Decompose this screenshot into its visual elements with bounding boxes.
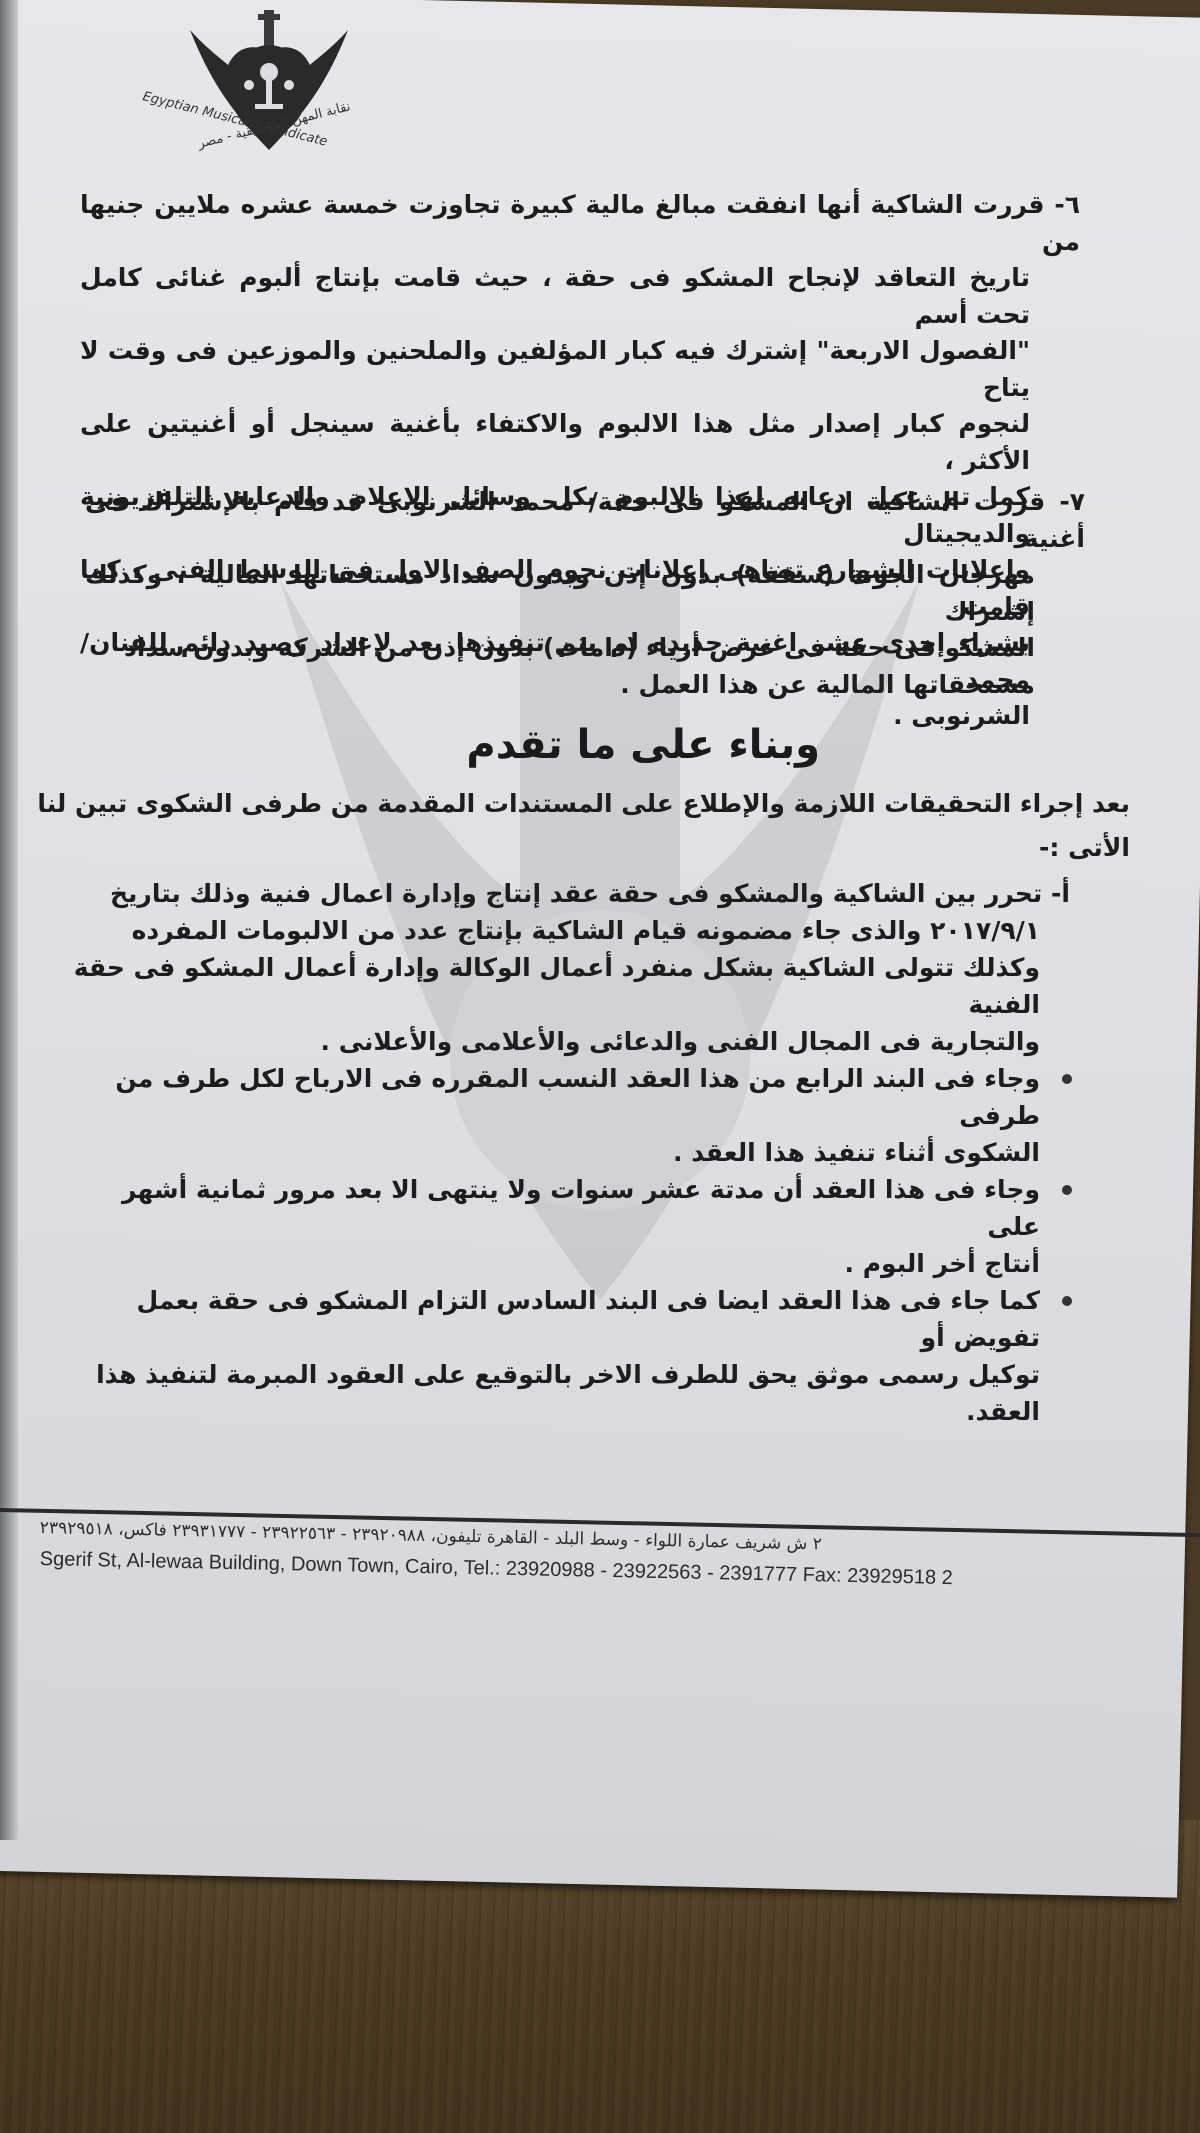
- intro-line: الأتى :-: [30, 826, 1130, 870]
- finding-line: ٢٠١٧/٩/١ والذى جاء مضمونه قيام الشاكية ب…: [70, 912, 1070, 949]
- finding-line: الشكوى أثناء تنفيذ هذا العقد .: [70, 1134, 1040, 1171]
- paragraph-line: ٧- قررت الشاكية ان المشكو فى حقة/ محمد ا…: [85, 484, 1085, 557]
- finding-line: أنتاج أخر البوم .: [70, 1245, 1040, 1282]
- syndicate-logo-icon: [150, 10, 390, 160]
- finding-item-a: أ- تحرر بين الشاكية والمشكو فى حقة عقد إ…: [70, 875, 1070, 1060]
- paragraph-line: لنجوم كبار إصدار مثل هذا الالبوم والاكتف…: [80, 406, 1080, 479]
- paragraph-line: "الفصول الاربعة" إشترك فيه كبار المؤلفين…: [80, 333, 1080, 406]
- finding-line: والتجارية فى المجال الفنى والدعائى والأع…: [70, 1023, 1070, 1060]
- finding-line: توكيل رسمى موثق يحق للطرف الاخر بالتوقيع…: [70, 1356, 1040, 1430]
- finding-item-bullet: وجاء فى البند الرابع من هذا العقد النسب …: [70, 1060, 1070, 1171]
- findings-list: أ- تحرر بين الشاكية والمشكو فى حقة عقد إ…: [70, 875, 1070, 1430]
- finding-line: أ- تحرر بين الشاكية والمشكو فى حقة عقد إ…: [70, 875, 1070, 912]
- finding-item-bullet: كما جاء فى هذا العقد ايضا فى البند الساد…: [70, 1282, 1070, 1430]
- paragraph-line: مستحقاتها المالية عن هذا العمل .: [85, 667, 1085, 704]
- finding-line: وجاء فى البند الرابع من هذا العقد النسب …: [70, 1060, 1040, 1134]
- paragraph-line: ٦- قررت الشاكية أنها انفقت مبالغ مالية ك…: [80, 187, 1080, 260]
- finding-item-bullet: وجاء فى هذا العقد أن مدتة عشر سنوات ولا …: [70, 1171, 1070, 1282]
- bullet-icon: [1062, 1185, 1072, 1195]
- paragraph-line: تاريخ التعاقد لإنجاح المشكو فى حقة ، حيث…: [80, 260, 1080, 333]
- conclusion-heading: وبناء على ما تقدم: [466, 722, 820, 768]
- section-7-paragraph: ٧- قررت الشاكية ان المشكو فى حقة/ محمد ا…: [85, 484, 1085, 703]
- finding-marker: أ-: [1051, 879, 1070, 908]
- finding-line: وكذلك تتولى الشاكية بشكل منفرد أعمال الو…: [70, 949, 1070, 1023]
- finding-line: وجاء فى هذا العقد أن مدتة عشر سنوات ولا …: [70, 1171, 1040, 1245]
- intro-line: بعد إجراء التحقيقات اللازمة والإطلاع على…: [30, 782, 1130, 826]
- bullet-icon: [1062, 1296, 1072, 1306]
- bullet-icon: [1062, 1074, 1072, 1084]
- document-content: نقابة المهن الموسيقية - مصر Egyptian Mus…: [0, 0, 1200, 1820]
- paragraph-line: مهرجان الجونة (سقفه) بدون إذن وبدون سداد…: [85, 557, 1085, 630]
- paragraph-line: المشكو فى حقة فى عرض أزياء (داماث) بدون …: [85, 630, 1085, 667]
- conclusion-intro: بعد إجراء التحقيقات اللازمة والإطلاع على…: [30, 782, 1130, 870]
- finding-line: كما جاء فى هذا العقد ايضا فى البند الساد…: [70, 1282, 1040, 1356]
